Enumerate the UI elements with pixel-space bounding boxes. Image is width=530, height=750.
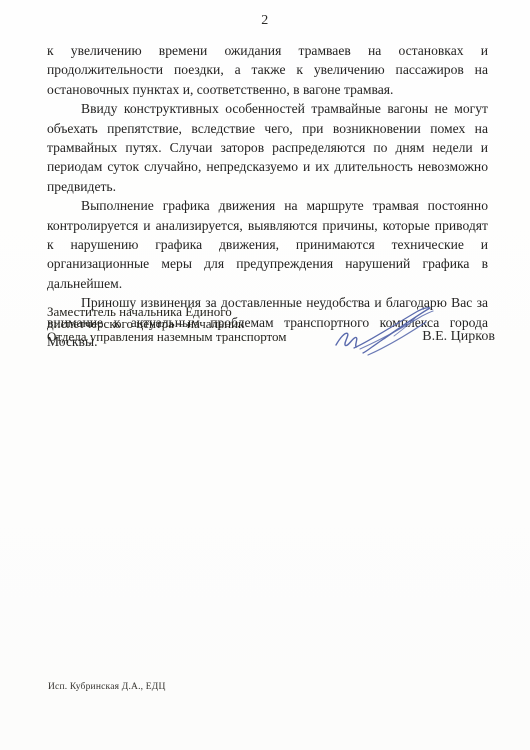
paragraph: Выполнение графика движения на маршруте … xyxy=(47,196,488,293)
signature-block: Заместитель начальника Единого диспетчер… xyxy=(47,303,495,363)
signer-name: В.Е. Цирков xyxy=(422,329,495,345)
page-number: 2 xyxy=(0,13,530,29)
paragraph-continuation: к увеличению времени ожидания трамваев н… xyxy=(47,41,488,99)
scanned-letter-page: 2 к увеличению времени ожидания трамваев… xyxy=(0,0,530,750)
paragraph: Ввиду конструктивных особенностей трамва… xyxy=(47,99,488,196)
signer-title: Заместитель начальника Единого диспетчер… xyxy=(47,306,297,343)
executor-note: Исп. Кубринская Д.А., ЕДЦ xyxy=(48,682,166,692)
signer-title-line: Отдела управления наземным транспортом xyxy=(47,331,297,343)
